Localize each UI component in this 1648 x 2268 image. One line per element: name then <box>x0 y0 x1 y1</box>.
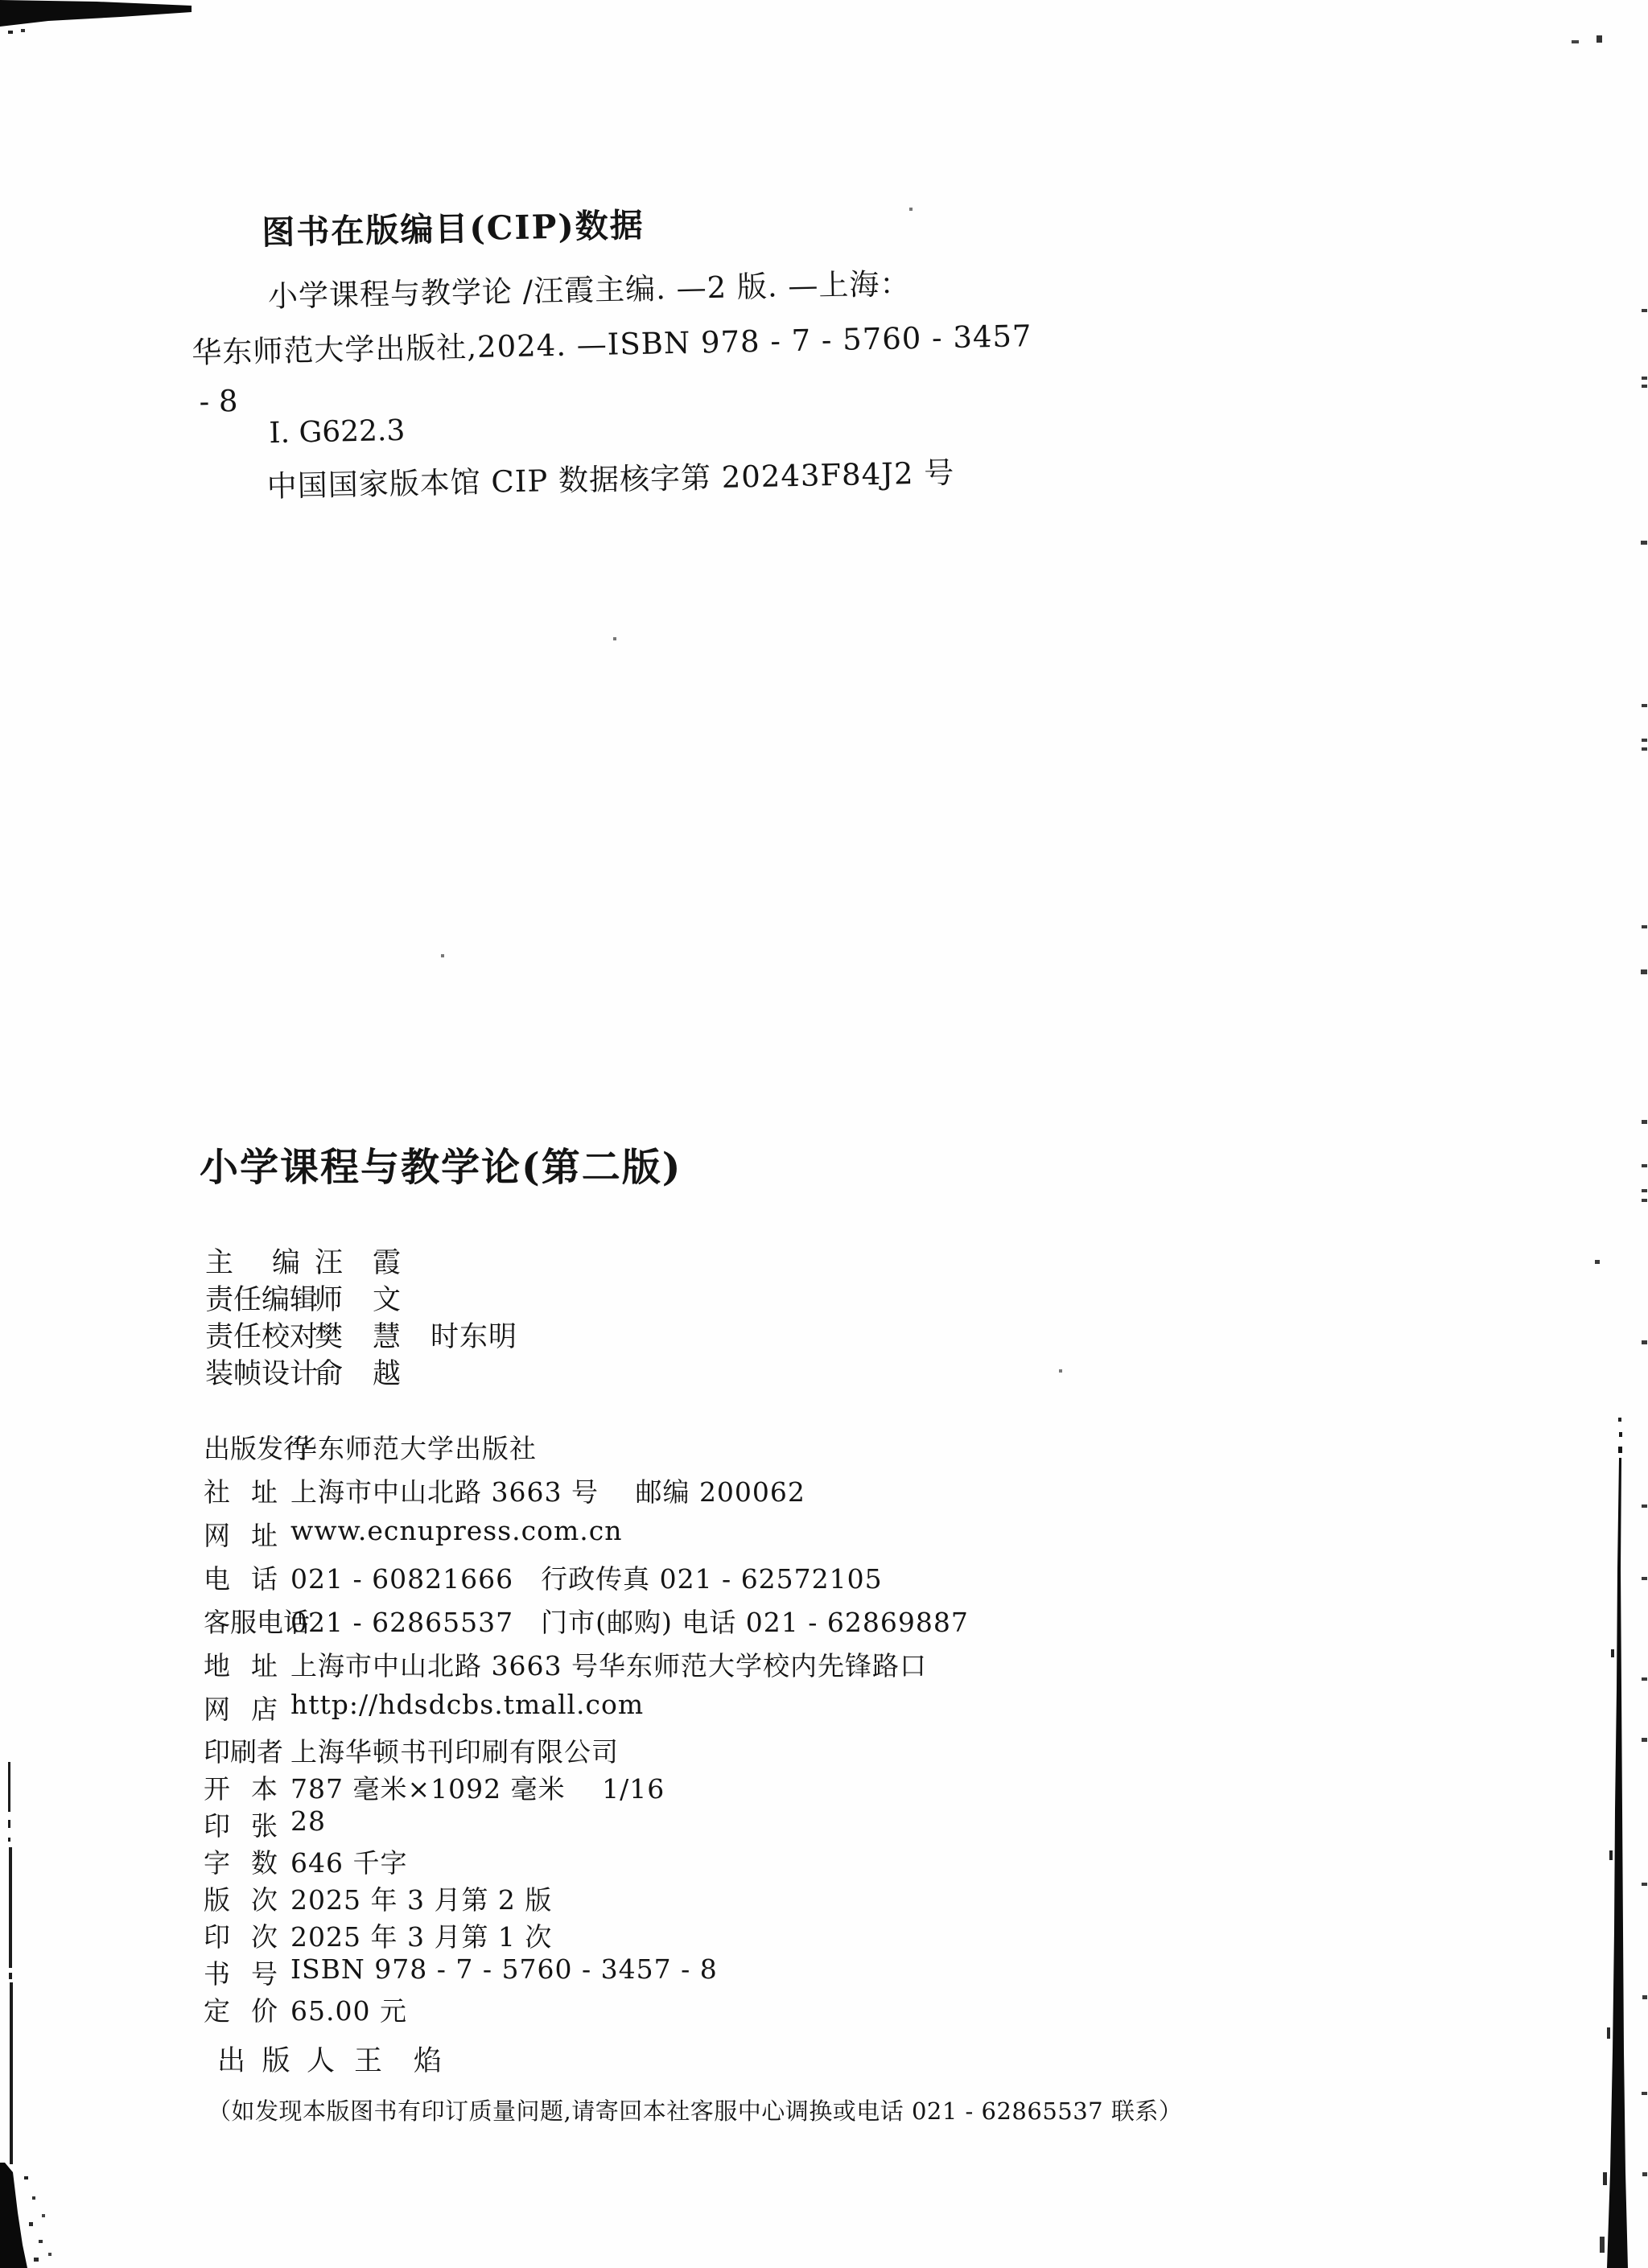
print-row-sheets: 印张28 <box>204 1805 326 1843</box>
pub-label: 网店 <box>204 1689 278 1727</box>
print-value: ISBN 978 - 7 - 5760 - 3457 - 8 <box>290 1953 718 1985</box>
credit-value: 樊 慧 时东明 <box>315 1321 517 1353</box>
copyright-page: 图书在版编目(CIP)数据 小学课程与教学论 /汪霞主编. —2 版. —上海：… <box>0 0 1648 2268</box>
print-row-word-count: 字数646 千字 <box>204 1842 407 1880</box>
cip-block: 图书在版编目(CIP)数据 小学课程与教学论 /汪霞主编. —2 版. —上海：… <box>0 0 1130 527</box>
credit-label: 主编 <box>205 1241 300 1281</box>
print-row-format: 开本787 毫米×1092 毫米 1/16 <box>204 1768 665 1806</box>
pub-value: 021 - 62865537 门市(邮购) 电话 021 - 62869887 <box>290 1607 969 1638</box>
quality-note: （如发现本版图书有印订质量问题,请寄回本社客服中心调换或电话 021 - 628… <box>208 2093 1182 2126</box>
print-value: 65.00 元 <box>290 1995 407 2027</box>
credit-row-chief-editor: 主编汪 霞 <box>205 1241 402 1281</box>
publisher-person-row: 出版人王 焰 <box>217 2039 443 2079</box>
print-label: 定价 <box>204 1990 278 2028</box>
print-row-price: 定价65.00 元 <box>204 1990 407 2028</box>
print-label: 印刷者 <box>204 1731 278 1769</box>
pub-row-phone: 电话021 - 60821666 行政传真 021 - 62572105 <box>204 1558 883 1596</box>
credit-label: 装帧设计 <box>205 1352 300 1392</box>
pub-label: 地址 <box>204 1645 278 1683</box>
print-label: 书号 <box>204 1953 278 1991</box>
cip-line-isbn-suffix: - 8 <box>199 384 238 419</box>
pub-row-service-phone: 客服电话021 - 62865537 门市(邮购) 电话 021 - 62869… <box>204 1602 969 1640</box>
pub-value: 021 - 60821666 行政传真 021 - 62572105 <box>290 1563 883 1595</box>
print-row-edition: 版次2025 年 3 月第 2 版 <box>204 1879 552 1917</box>
credit-value: 俞 越 <box>315 1358 402 1390</box>
credit-value: 师 文 <box>315 1284 402 1316</box>
pub-row-online-store: 网店http://hdsdcbs.tmall.com <box>204 1689 644 1727</box>
pub-row-website: 网址www.ecnupress.com.cn <box>204 1515 623 1553</box>
print-value: 28 <box>290 1805 326 1837</box>
cip-line-publisher-isbn: 华东师范大学出版社,2024. —ISBN 978 - 7 - 5760 - 3… <box>192 311 1032 372</box>
publisher-value: 王 焰 <box>354 2045 443 2077</box>
right-spine-shadow <box>1600 1418 1628 2268</box>
pub-row-publisher: 出版发行华东师范大学出版社 <box>204 1428 537 1466</box>
print-row-impression: 印次2025 年 3 月第 1 次 <box>204 1916 552 1954</box>
credit-row-responsible-editor: 责任编辑师 文 <box>205 1278 402 1318</box>
credit-label: 责任校对 <box>205 1315 300 1355</box>
credit-value: 汪 霞 <box>315 1247 402 1279</box>
print-value: 2025 年 3 月第 1 次 <box>290 1921 552 1953</box>
pub-label: 出版发行 <box>204 1428 278 1466</box>
pub-value: 上海市中山北路 3663 号华东师范大学校内先锋路口 <box>290 1650 927 1681</box>
print-row-printer: 印刷者上海华顿书刊印刷有限公司 <box>204 1731 619 1769</box>
cip-line-title-author: 小学课程与教学论 /汪霞主编. —2 版. —上海： <box>267 259 911 315</box>
left-edge-line <box>8 1762 13 2164</box>
pub-label: 客服电话 <box>204 1602 278 1640</box>
print-row-isbn: 书号ISBN 978 - 7 - 5760 - 3457 - 8 <box>204 1953 718 1991</box>
print-value: 787 毫米×1092 毫米 1/16 <box>290 1773 665 1805</box>
print-label: 版次 <box>204 1879 278 1917</box>
cip-record-number: 中国国家版本馆 CIP 数据核字第 20243F84J2 号 <box>266 448 955 505</box>
print-label: 字数 <box>204 1842 278 1880</box>
print-value: 2025 年 3 月第 2 版 <box>290 1884 552 1916</box>
pub-label: 网址 <box>204 1515 278 1553</box>
pub-value: 华东师范大学出版社 <box>290 1433 537 1464</box>
pub-label: 电话 <box>204 1558 278 1596</box>
pub-value: 上海市中山北路 3663 号 邮编 200062 <box>290 1476 805 1508</box>
pub-value: http://hdsdcbs.tmall.com <box>290 1689 644 1720</box>
print-label: 开本 <box>204 1768 278 1806</box>
print-value: 646 千字 <box>290 1847 407 1879</box>
cip-classification: Ⅰ. G622.3 <box>269 414 406 450</box>
bottom-left-blob <box>0 2163 51 2268</box>
right-edge-specks <box>1595 309 1647 2176</box>
credit-label: 责任编辑 <box>205 1278 300 1318</box>
print-label: 印次 <box>204 1916 278 1954</box>
publisher-label: 出版人 <box>217 2039 335 2079</box>
pub-value: www.ecnupress.com.cn <box>290 1515 623 1546</box>
pub-label: 社址 <box>204 1472 278 1509</box>
credit-row-designer: 装帧设计俞 越 <box>205 1352 402 1392</box>
print-label: 印张 <box>204 1805 278 1843</box>
book-title: 小学课程与教学论(第二版) <box>200 1136 682 1192</box>
print-value: 上海华顿书刊印刷有限公司 <box>290 1736 619 1768</box>
credit-row-proofreader: 责任校对樊 慧 时东明 <box>205 1315 517 1355</box>
pub-row-address: 社址上海市中山北路 3663 号 邮编 200062 <box>204 1472 805 1509</box>
cip-heading: 图书在版编目(CIP)数据 <box>262 199 645 254</box>
pub-row-store-address: 地址上海市中山北路 3663 号华东师范大学校内先锋路口 <box>204 1645 927 1683</box>
